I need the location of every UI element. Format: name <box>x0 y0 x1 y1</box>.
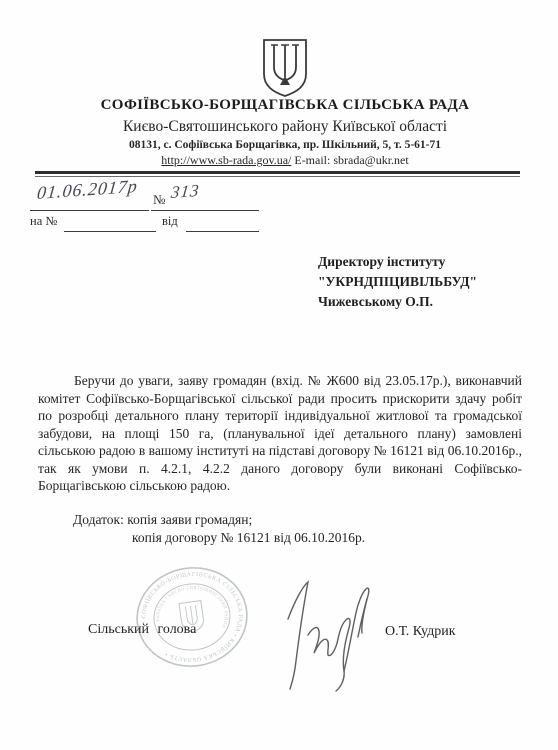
position-title: Сільський голова <box>88 622 196 638</box>
reply-to-underline <box>64 230 156 232</box>
signer-name: О.Т. Кудрик <box>385 624 456 640</box>
outgoing-number-handwritten: 313 <box>170 181 201 203</box>
signature-autograph <box>278 575 373 693</box>
org-region: Києво-Святошинського району Київської об… <box>0 118 558 136</box>
attachments-line-2: копія договору № 16121 від 06.10.2016р. <box>132 530 365 546</box>
reply-to-label: на № <box>30 214 57 229</box>
attachments-line-1: Додаток: копія заяви громадян; <box>73 512 252 528</box>
date-underline <box>30 209 149 211</box>
recipient-line-2: "УКРНДПІЦИВІЛЬБУД" <box>318 272 498 292</box>
from-label: від <box>162 214 178 229</box>
number-underline <box>151 209 259 211</box>
header-divider <box>35 171 520 177</box>
recipient-line-3: Чижевському О.П. <box>318 292 498 312</box>
letter-page: СОФІЇВСЬКО-БОРЩАГІВСЬКА СІЛЬСЬКА РАДА Ки… <box>0 0 558 750</box>
email-text: E-mail: sbrada@ukr.net <box>294 153 408 167</box>
number-sign-label: № <box>153 192 165 208</box>
recipient-line-1: Директору інституту <box>318 252 498 272</box>
official-stamp: • СОФІЇВСЬКО-БОРЩАГІВСЬКА СІЛЬСЬКА РАДА … <box>127 557 256 676</box>
org-name: СОФІЇВСЬКО-БОРЩАГІВСЬКА СІЛЬСЬКА РАДА <box>0 97 558 114</box>
outgoing-date-handwritten: 01.06.2017р <box>36 176 139 204</box>
org-address: 08131, с. Софіївська Борщагівка, пр. Шкі… <box>0 139 558 151</box>
from-underline <box>186 230 259 232</box>
recipient-block: Директору інституту "УКРНДПІЦИВІЛЬБУД" Ч… <box>318 252 498 312</box>
website-link: http://www.sb-rada.gov.ua/ <box>161 153 291 167</box>
org-contact-line: http://www.sb-rada.gov.ua/ E-mail: sbrad… <box>0 153 558 168</box>
trident-emblem-icon <box>257 37 313 99</box>
body-paragraph: Беручи до уваги, заяву громадян (вхід. №… <box>38 372 522 495</box>
